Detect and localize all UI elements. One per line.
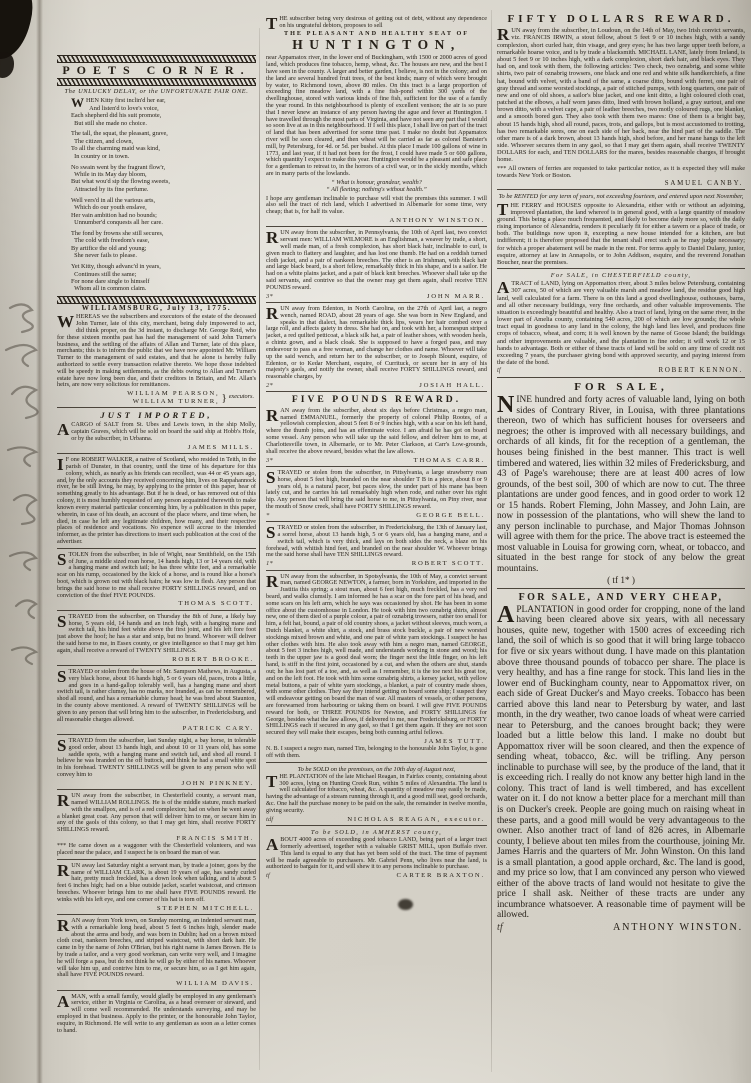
drop-cap: S	[266, 470, 277, 484]
poem-stanza: Well vers'd in all the various arts, Whi…	[71, 197, 256, 227]
poem-stanza: The fond by frowns she still secures, Th…	[71, 230, 256, 260]
poem-stanza: The tall, the squat, the pleasant, grave…	[71, 130, 256, 160]
insertion-mark: tdf	[266, 816, 273, 823]
ad-runaway-clark: RUN away last Saturday night a servant m…	[57, 863, 256, 912]
drop-cap: S	[57, 552, 68, 566]
ad-divider	[266, 391, 487, 392]
handwriting-marks	[0, 290, 58, 690]
ad-signature: 3*JOHN MARR.	[266, 293, 485, 300]
column-divider	[259, 28, 260, 1070]
poem-title: The UNLUCKY DELAY, or the UNFORTUNATE FA…	[57, 88, 256, 95]
brace: }	[221, 392, 226, 404]
ad-signature: WILLIAM DAVIS.	[57, 980, 254, 987]
drop-cap: S	[57, 669, 68, 683]
ad-subheading: THE PLEASANT AND HEALTHY SEAT OF	[266, 31, 487, 38]
ad-signature: JAMES MILLS.	[57, 444, 254, 451]
ad-huntington-estate: THE subscriber being very desirous of ge…	[266, 16, 487, 224]
ad-kennon-land: For SALE, in CHESTERFIELD county, A TRAC…	[497, 272, 745, 375]
drop-cap: R	[266, 408, 280, 422]
drop-cap: A	[57, 994, 71, 1008]
drop-cap: T	[497, 202, 510, 216]
ad-heading: JUST IMPORTED,	[57, 411, 256, 420]
ad-footnote: *** All owners of ferries are requested …	[497, 165, 745, 179]
drop-cap: W	[71, 97, 86, 108]
ad-divider	[497, 377, 745, 378]
ad-heading: FOR SALE,	[497, 381, 745, 393]
ad-signature: tfROBERT KENNON.	[497, 367, 743, 375]
drop-cap: R	[57, 918, 71, 932]
ad-divider	[266, 521, 487, 522]
poem-stanza: Yet Kitty, though advanc'd in years, Con…	[71, 263, 256, 293]
insertion-mark: *	[266, 512, 269, 519]
ad-louisa-land: FOR SALE, NINE hundred and forty acres o…	[497, 381, 745, 586]
ad-title: HUNTINGTON,	[266, 38, 487, 53]
ad-divider	[266, 825, 487, 826]
ad-divider	[57, 453, 256, 454]
ad-strayed-black-horse: STRAYED or stolen from the house of Mr. …	[57, 669, 256, 732]
ad-strayed-bay-horse: STRAYED from the subscriber, on Thursday…	[57, 614, 256, 663]
ad-footnote: N. B. I suspect a negro man, named Tim, …	[266, 746, 487, 759]
ad-strayed-sorrel: STRAYED or stolen from the subscriber, i…	[266, 525, 487, 567]
ad-signature: JAMES TUTT.	[266, 738, 485, 745]
ad-signature: tfCARTER BRAXTON.	[266, 872, 485, 879]
ad-heading: To be SOLD on the premisses, on the 10th…	[266, 766, 487, 773]
ad-strayed-sunday-horse: STRAYED from the subscriber, last Sunday…	[57, 738, 256, 787]
insertion-mark: 3*	[266, 457, 273, 464]
ad-ferry-rental: To be RENTED for any term of years, not …	[497, 193, 745, 266]
insertion-mark: 2*	[266, 382, 273, 389]
newspaper-page: POETS CORNER. The UNLUCKY DELAY, or the …	[0, 0, 751, 1083]
drop-cap: I	[57, 457, 66, 471]
poets-corner: POETS CORNER. The UNLUCKY DELAY, or the …	[57, 55, 256, 304]
ad-reagan-plantation: To be SOLD on the premisses, on the 10th…	[266, 766, 487, 823]
poets-corner-heading: POETS CORNER.	[57, 64, 256, 77]
ad-heading: To be RENTED for any term of years, not …	[497, 193, 745, 200]
drop-cap: R	[497, 27, 511, 41]
ad-signature: WILLIAM PEARSON, WILLIAM TURNER, } execu…	[57, 390, 254, 405]
ad-reward-emmanuel: FIVE POUNDS REWARD. RAN away from the su…	[266, 395, 487, 464]
column-left: POETS CORNER. The UNLUCKY DELAY, or the …	[57, 54, 256, 1070]
drop-cap: R	[57, 863, 71, 877]
ad-divider	[497, 189, 745, 190]
ad-divider	[57, 665, 256, 666]
drop-cap: R	[57, 793, 71, 807]
ad-signature: FRANCIS SMITH.	[57, 835, 254, 842]
ad-robert-walker: IF one ROBERT WALKER, a native of Scotla…	[57, 457, 256, 546]
drop-cap: T	[266, 16, 279, 30]
ad-stolen-roan-horse: STOLEN from the subscriber, in Isle of W…	[57, 552, 256, 608]
ad-steward-wanted: A MAN, with a small family, would gladly…	[57, 994, 256, 1035]
ink-stain	[0, 52, 14, 78]
ad-divider	[57, 990, 256, 991]
poem-stanza: WHEN Kitty first inclin'd her ear, And l…	[71, 97, 256, 127]
ad-heading: FIFTY DOLLARS REWARD.	[497, 13, 745, 25]
ad-body: near Appamatox river, in the lower end o…	[266, 55, 487, 178]
ad-signature: PATRICK CARY.	[57, 725, 254, 732]
ad-divider	[266, 762, 487, 763]
ad-signature: *GEORGE BELL.	[266, 512, 485, 519]
ad-divider	[57, 914, 256, 915]
insertion-mark: tf	[497, 367, 501, 375]
drop-cap: R	[266, 574, 280, 588]
ad-divider	[497, 268, 745, 269]
ad-divider	[497, 588, 745, 589]
drop-cap: A	[57, 422, 71, 436]
ad-divider	[57, 610, 256, 611]
ad-signature: ANTHONY WINSTON.	[266, 217, 485, 224]
ad-amherst-land: To be SOLD, in AMHERST county, ABOUT 400…	[266, 829, 487, 879]
ad-runaway-wilmore: RUN away from the subscriber, in Pennsyl…	[266, 230, 487, 300]
ad-winston-plantation: FOR SALE, AND VERY CHEAP, A PLANTATION i…	[497, 592, 745, 934]
drop-cap: R	[266, 230, 280, 244]
ad-strayed-strawberry-roan: STRAYED or stolen from the subscriber, i…	[266, 470, 487, 519]
drop-cap: S	[266, 525, 277, 539]
ornamental-rule	[57, 296, 256, 304]
ad-runaway-newton: RUN away from the subscriber, in Spotsyl…	[266, 574, 487, 760]
drop-cap: N	[497, 395, 516, 415]
insertion-mark: 3*	[266, 293, 273, 300]
ad-divider	[266, 302, 487, 303]
ad-fifty-dollars-reward: FIFTY DOLLARS REWARD. RUN away from the …	[497, 13, 745, 187]
ad-runaway-road: RUN away from Edenton, in North Carolina…	[266, 306, 487, 389]
ad-footnote: ( tf 1* )	[497, 575, 745, 585]
drop-cap: S	[57, 738, 68, 752]
ad-signature: STEPHEN MITCHELL.	[57, 905, 254, 912]
ad-runaway-obrian: RAN away from York town, on Sunday morni…	[57, 918, 256, 988]
ad-signature: THOMAS SCOTT.	[57, 600, 254, 607]
insertion-mark: tf	[497, 922, 503, 933]
column-right: FIFTY DOLLARS REWARD. RUN away from the …	[497, 12, 745, 1074]
ad-heading: FOR SALE, AND VERY CHEAP,	[497, 592, 745, 603]
ad-signature: 3*THOMAS CARR.	[266, 457, 485, 464]
ad-divider	[57, 859, 256, 860]
ad-heading: For SALE, in CHESTERFIELD county,	[497, 272, 745, 279]
ad-signature: 2*JOSIAH HALL.	[266, 382, 485, 389]
column-middle: THE subscriber being very desirous of ge…	[266, 16, 487, 1072]
drop-cap: A	[497, 280, 511, 294]
ad-divider	[266, 570, 487, 571]
ornamental-rule	[57, 78, 256, 86]
drop-cap: S	[57, 614, 68, 628]
ad-signature: 1*ROBERT SCOTT.	[266, 560, 485, 567]
ad-divider	[57, 548, 256, 549]
ad-salt-cargo: JUST IMPORTED, A CARGO of SALT from St. …	[57, 411, 256, 451]
ad-footnote: *** He came down as a waggoner with the …	[57, 843, 256, 856]
ad-divider	[57, 407, 256, 408]
ad-signature: tdfNICHOLAS REAGAN, executor.	[266, 816, 485, 823]
ad-signature: ROBERT BROOKE.	[57, 656, 254, 663]
ad-body: I hope any gentleman inclinable to purch…	[266, 196, 487, 216]
insertion-mark: tf	[266, 872, 270, 879]
drop-cap: A	[266, 837, 280, 851]
poem: WHEN Kitty first inclin'd her ear, And l…	[57, 97, 256, 293]
drop-cap: W	[57, 314, 76, 328]
drop-cap: A	[497, 605, 516, 625]
insertion-mark: 1*	[266, 560, 273, 567]
ad-divider	[266, 226, 487, 227]
column-divider	[491, 10, 492, 1072]
drop-cap: R	[266, 306, 280, 320]
ad-divider	[266, 466, 487, 467]
ad-divider	[57, 789, 256, 790]
ad-runaway-rollings: RUN away from the subscriber, in Chester…	[57, 793, 256, 857]
ad-divider	[57, 734, 256, 735]
ad-signature: tfANTHONY WINSTON.	[497, 922, 743, 933]
drop-cap: T	[266, 774, 279, 788]
ornamental-rule	[57, 55, 256, 63]
ad-signature: JOHN PINKNEY.	[57, 780, 254, 787]
ad-turner-estate: WILLIAMSBURG, July 13, 1775. WHEREAS we …	[57, 305, 256, 405]
ad-signature: SAMUEL CANBY.	[497, 180, 743, 188]
verse-quote: “ What is honour, grandeur, wealth? “ Al…	[266, 180, 487, 194]
ad-heading: FIVE POUNDS REWARD.	[266, 395, 487, 406]
poem-stanza: No swain went by the fragrant flow'r, Wh…	[71, 164, 256, 194]
